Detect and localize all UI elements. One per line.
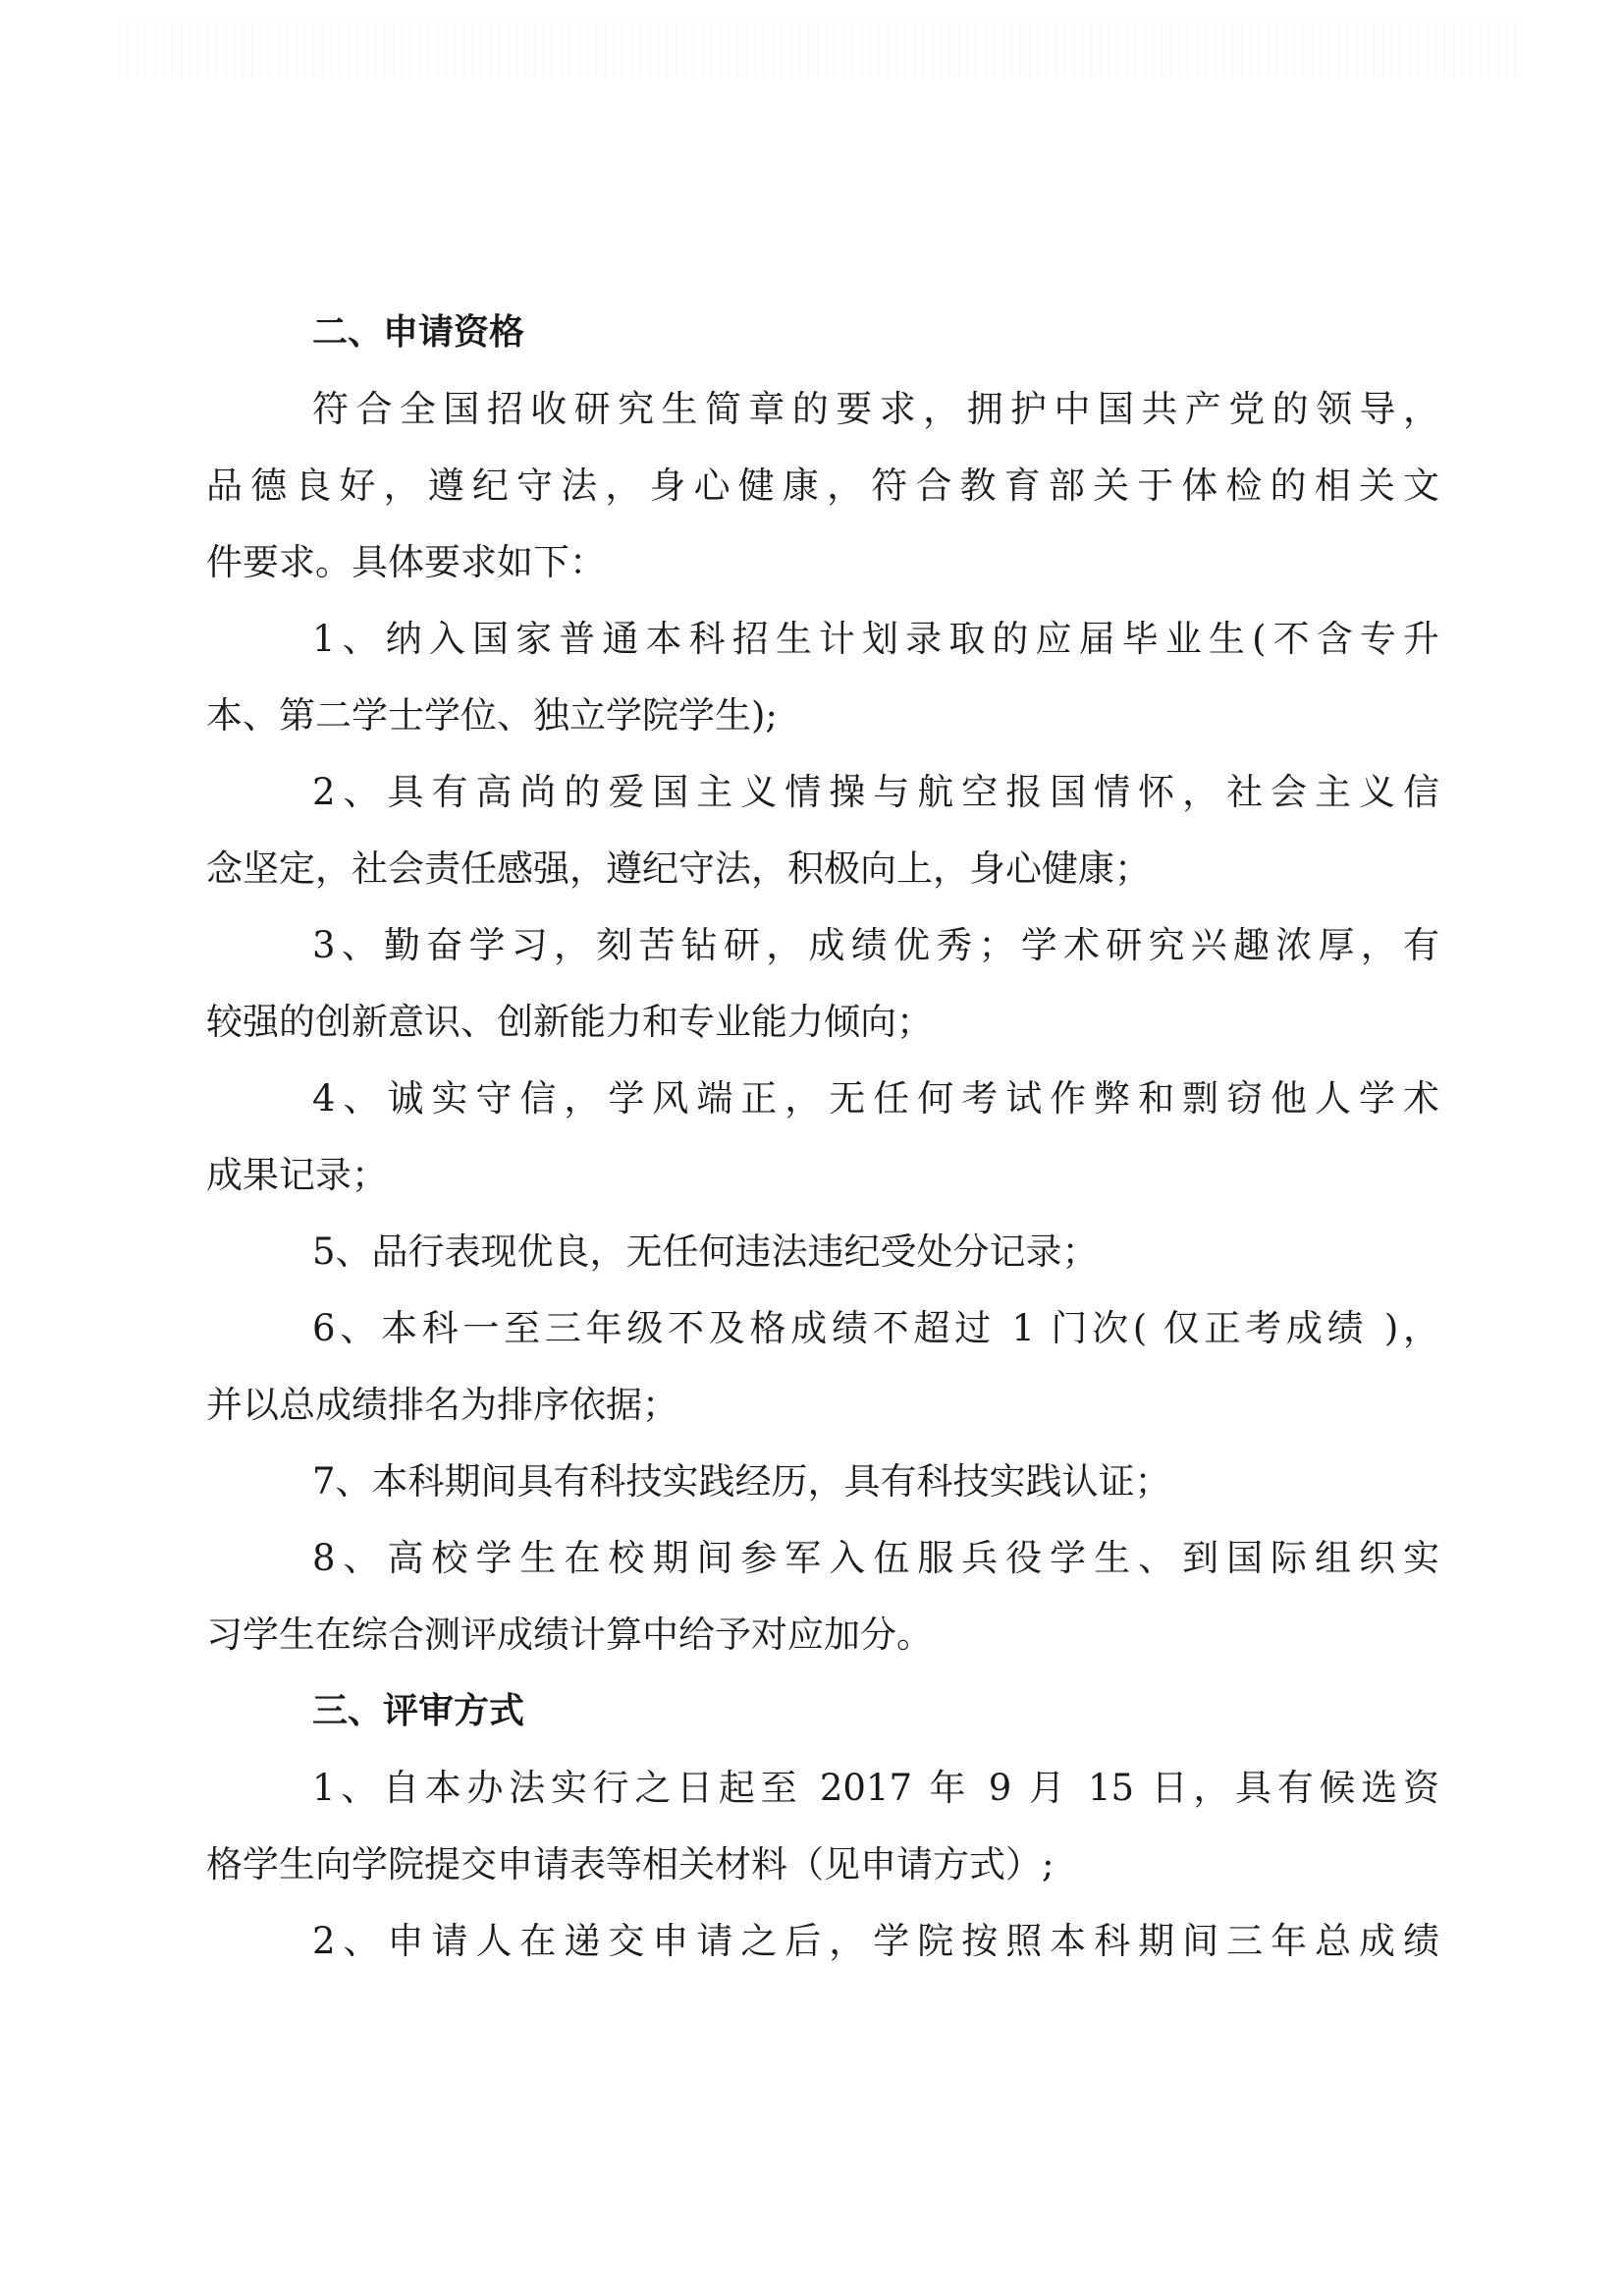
paragraph-general-requirements: 符合全国招收研究生简章的要求，拥护中国共产党的领导， 品德良好，遵纪守法，身心健… (312, 371, 1439, 601)
text-line: 1、自本办法实行之日起至 2017 年 9 月 15 日，具有候选资 (312, 1750, 1439, 1827)
text-line: 本、第二学士学位、独立学院学生); (206, 678, 1439, 754)
text-line: 成果记录； (206, 1137, 1439, 1214)
document-page: 二、申请资格 符合全国招收研究生简章的要求，拥护中国共产党的领导， 品德良好，遵… (0, 0, 1623, 2296)
text-line: 4、诚实守信，学风端正，无任何考试作弊和剽窃他人学术 (312, 1061, 1439, 1137)
text-line: 并以总成绩排名为排序依据； (206, 1367, 1439, 1444)
section-heading-review-method: 三、评审方式 (312, 1673, 1439, 1750)
text-line: 符合全国招收研究生简章的要求，拥护中国共产党的领导， (312, 371, 1439, 448)
text-line: 2、申请人在递交申请之后，学院按照本科期间三年总成绩 (312, 1903, 1439, 1980)
requirement-item-8: 8、高校学生在校期间参军入伍服兵役学生、到国际组织实 习学生在综合测评成绩计算中… (312, 1520, 1439, 1673)
text-line: 1、纳入国家普通本科招生计划录取的应届毕业生(不含专升 (312, 601, 1439, 678)
requirement-item-4: 4、诚实守信，学风端正，无任何考试作弊和剽窃他人学术 成果记录； (312, 1061, 1439, 1214)
text-line: 念坚定，社会责任感强，遵纪守法，积极向上，身心健康； (206, 831, 1439, 907)
text-line: 较强的创新意识、创新能力和专业能力倾向； (206, 984, 1439, 1061)
text-line: 8、高校学生在校期间参军入伍服兵役学生、到国际组织实 (312, 1520, 1439, 1597)
requirement-item-5: 5、品行表现优良，无任何违法违纪受处分记录； (312, 1214, 1439, 1290)
requirement-item-6: 6、本科一至三年级不及格成绩不超过 1 门次( 仅正考成绩 )， 并以总成绩排名… (312, 1290, 1439, 1444)
requirement-item-1: 1、纳入国家普通本科招生计划录取的应届毕业生(不含专升 本、第二学士学位、独立学… (312, 601, 1439, 754)
requirement-item-7: 7、本科期间具有科技实践经历，具有科技实践认证； (312, 1444, 1439, 1520)
requirement-item-2: 2、具有高尚的爱国主义情操与航空报国情怀，社会主义信 念坚定，社会责任感强，遵纪… (312, 754, 1439, 907)
text-line: 件要求。具体要求如下： (206, 524, 1439, 601)
text-line: 5、品行表现优良，无任何违法违纪受处分记录； (312, 1214, 1439, 1290)
text-line: 3、勤奋学习，刻苦钻研，成绩优秀；学术研究兴趣浓厚，有 (312, 907, 1439, 984)
document-body: 二、申请资格 符合全国招收研究生简章的要求，拥护中国共产党的领导， 品德良好，遵… (312, 295, 1439, 1980)
text-line: 品德良好，遵纪守法，身心健康，符合教育部关于体检的相关文 (206, 448, 1439, 524)
requirement-item-3: 3、勤奋学习，刻苦钻研，成绩优秀；学术研究兴趣浓厚，有 较强的创新意识、创新能力… (312, 907, 1439, 1061)
text-line: 2、具有高尚的爱国主义情操与航空报国情怀，社会主义信 (312, 754, 1439, 831)
text-line: 7、本科期间具有科技实践经历，具有科技实践认证； (312, 1444, 1439, 1520)
scan-artifact (118, 20, 1522, 79)
review-item-2: 2、申请人在递交申请之后，学院按照本科期间三年总成绩 (312, 1903, 1439, 1980)
text-line: 习学生在综合测评成绩计算中给予对应加分。 (206, 1597, 1439, 1673)
text-line: 6、本科一至三年级不及格成绩不超过 1 门次( 仅正考成绩 )， (312, 1290, 1439, 1367)
section-heading-eligibility: 二、申请资格 (312, 295, 1439, 371)
review-item-1: 1、自本办法实行之日起至 2017 年 9 月 15 日，具有候选资 格学生向学… (312, 1750, 1439, 1903)
text-line: 格学生向学院提交申请表等相关材料（见申请方式）; (206, 1827, 1439, 1903)
